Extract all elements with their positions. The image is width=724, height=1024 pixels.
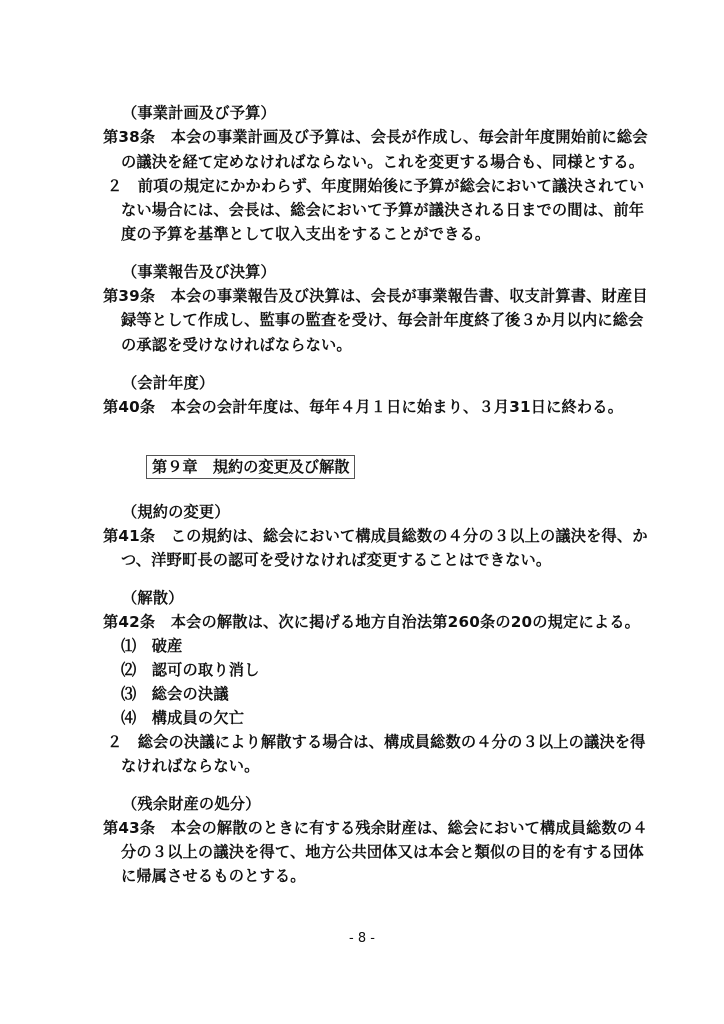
article-39-text: の承認を受けなければならない。 <box>121 335 352 355</box>
article-39-text: 録等として作成し、監事の監査を受け、毎会計年度終了後３か月以内に総会 <box>121 310 644 330</box>
article-42-item-3: ⑶ 総会の決議 <box>121 684 229 704</box>
article-42-paragraph-2: ２ 総会の決議により解散する場合は、構成員総数の４分の３以上の議決を得 <box>107 732 646 752</box>
article-38-heading: （事業計画及び予算） <box>122 103 276 123</box>
article-41-heading: （規約の変更） <box>122 502 230 522</box>
article-38-paragraph-2: ２ 前項の規定にかかわらず、年度開始後に予算が総会において議決されてい <box>107 176 644 196</box>
document-page: （事業計画及び予算） 第38条 本会の事業計画及び予算は、会長が作成し、毎会計年… <box>0 0 724 1024</box>
article-42-heading: （解散） <box>122 588 184 608</box>
article-43-text: 第43条 本会の解散のときに有する残余財産は、総会において構成員総数の４ <box>103 818 648 838</box>
page-number: - 8 - <box>340 931 384 947</box>
article-42-item-2: ⑵ 認可の取り消し <box>121 660 260 680</box>
article-39-heading: （事業報告及び決算） <box>122 262 276 282</box>
article-38-text: 第38条 本会の事業計画及び予算は、会長が作成し、毎会計年度開始前に総会 <box>103 127 648 147</box>
article-40-heading: （会計年度） <box>122 373 214 393</box>
article-41-text: 第41条 この規約は、総会において構成員総数の４分の３以上の議決を得、か <box>103 526 648 546</box>
article-42-item-1: ⑴ 破産 <box>121 636 183 656</box>
article-38-text: の議決を経て定めなければならない。これを変更する場合も、同様とする。 <box>121 152 644 172</box>
article-43-text: 分の３以上の議決を得て、地方公共団体又は本会と類似の目的を有する団体 <box>121 842 644 862</box>
chapter-9-title: 第９章 規約の変更及び解散 <box>146 455 355 479</box>
article-41-text: つ、洋野町長の認可を受けなければ変更することはできない。 <box>121 550 551 570</box>
article-42-text: 第42条 本会の解散は、次に掲げる地方自治法第260条の20の規定による。 <box>103 612 640 632</box>
article-43-text: に帰属させるものとする。 <box>121 866 306 886</box>
article-38-paragraph-2: 度の予算を基準として収入支出をすることができる。 <box>121 224 490 244</box>
article-39-text: 第39条 本会の事業報告及び決算は、会長が事業報告書、収支計算書、財産目 <box>103 286 648 306</box>
article-40-text: 第40条 本会の会計年度は、毎年４月１日に始まり、３月31日に終わる。 <box>103 397 623 417</box>
article-42-item-4: ⑷ 構成員の欠亡 <box>121 708 244 728</box>
article-38-paragraph-2: ない場合には、会長は、総会において予算が議決される日までの間は、前年 <box>121 200 644 220</box>
article-43-heading: （残余財産の処分） <box>122 794 261 814</box>
article-42-paragraph-2: なければならない。 <box>121 756 260 776</box>
